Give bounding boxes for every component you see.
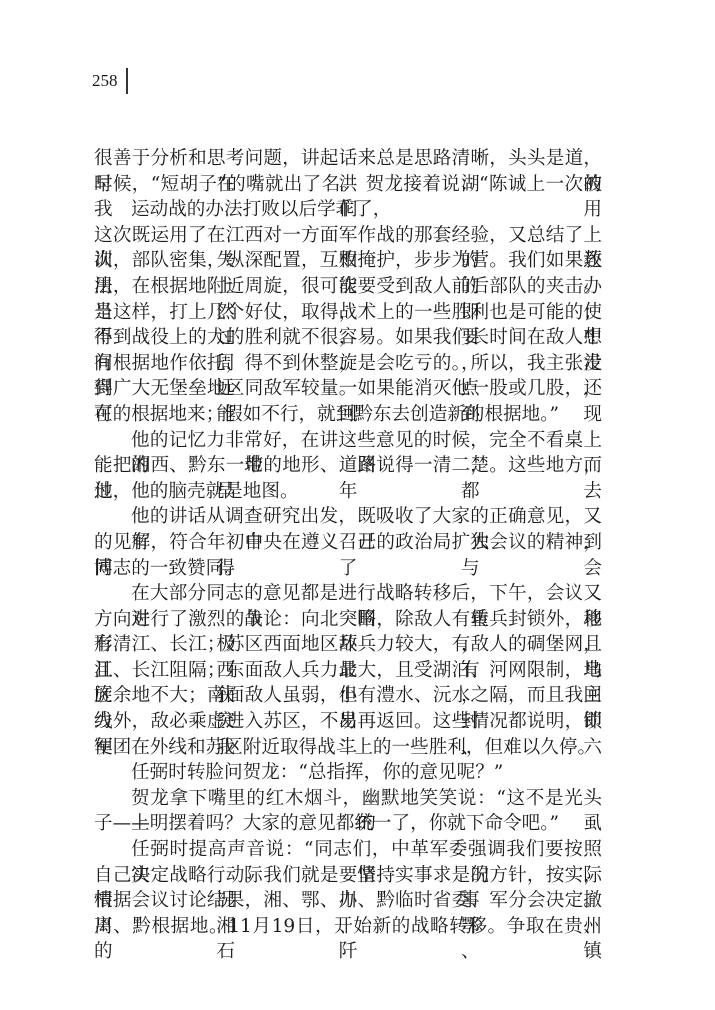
text-line: 自己决定战略行动。我们就是要坚持实事求是的方针，按实际情况办事。 bbox=[94, 863, 602, 889]
text-line: 训，部队密集，纵深配置，互相掩护，步步为营。我们如果还用上次的办 bbox=[94, 248, 602, 274]
text-line: 在大部分同志的意见都是进行战略转移后，下午，会议又对战略转移 bbox=[94, 581, 602, 607]
text-line: 有清江、长江；苏区西面地区敌兵力较大，有敌人的碉堡网，且西北有乌 bbox=[94, 632, 602, 658]
text-line: 军团在外线和苏区附近取得战斗上的一些胜利，但难以久停。 bbox=[94, 735, 602, 761]
text-line: 得到战役上的大的胜利就不很容易。如果我们长时间在敌人中间周旋，没 bbox=[94, 325, 602, 351]
text-line: 线外，敌必乘虚进入苏区，不易再返回。这些情况都说明，即便我二、六 bbox=[94, 709, 602, 735]
text-line: 有根据地作依托，得不到休整，是会吃亏的。所以，我主张走得远一点， bbox=[94, 351, 602, 377]
text-line: 任弼时提高声音说：“同志们，中革军委强调我们要按照实际情况， bbox=[94, 837, 602, 863]
text-line: 在的根据地来；假如不行，就到黔东去创造新的根据地。” bbox=[94, 402, 602, 428]
text-line: 到广大无堡垒地区同敌军较量。如果能消灭他一股或几股，还可能回到现 bbox=[94, 376, 602, 402]
text-line: 任弼时转脸问贺龙：“总指挥，你的意见呢？” bbox=[94, 760, 602, 786]
text-line: 根据会议讨论结果，湘、鄂、川、黔临时省委、军分会决定撤离湘、鄂、 bbox=[94, 888, 602, 914]
text-line: 法，在根据地附近周旋，很可能要受到敌人前后部队的夹击。当然，即使 bbox=[94, 274, 602, 300]
text-line: 贺龙拿下嘴里的红木烟斗，幽默地笑笑说：“这不是光头上的虱 bbox=[94, 786, 602, 812]
body-text: 很善于分析和思考问题，讲起话来总是思路清晰，头头是道，早在洪湖的时候，“短胡子”… bbox=[94, 146, 602, 939]
text-line: 江、长江阻隔；东面敌人兵力最大，且受湖泊、河网限制，地区狭小，回 bbox=[94, 658, 602, 684]
page-number: 258 bbox=[92, 72, 118, 90]
text-line: 的见解，符合年初中央在遵义召开的政治局扩大会议的精神，博得了与会 bbox=[94, 530, 602, 556]
header-divider bbox=[126, 68, 128, 94]
text-line: 时候，“短胡子”的嘴就出了名。 贺龙接着说：“陈诚上一次被我们用 bbox=[94, 172, 602, 198]
text-line: 子——明摆着吗？大家的意见都统一了，你就下命令吧。” bbox=[94, 811, 602, 837]
text-line: 他的记忆力非常好，在讲这些意见的时候，完全不看桌上的地图，而 bbox=[94, 428, 602, 454]
book-page: 258 很善于分析和思考问题，讲起话来总是思路清晰，头头是道，早在洪湖的时候，“… bbox=[0, 0, 715, 1010]
text-line: 他的讲话从调查研究出发，既吸收了大家的正确意见，又有自己独到 bbox=[94, 504, 602, 530]
text-line: 这次既运用了在江西对一方面军作战的那套经验，又总结了上次失败的教 bbox=[94, 223, 602, 249]
text-line: 川、黔根据地。11月19日，开始新的战略转移。争取在贵州的石阡、镇 bbox=[94, 914, 602, 940]
text-line: 是这样，打上几个好仗，取得战术上的一些胜利也是可能的；不过，要想 bbox=[94, 300, 602, 326]
text-line: 旋余地不大；南面敌人虽弱，但有澧水、沅水之隔，而且我主力突出封锁 bbox=[94, 683, 602, 709]
text-line: 能把湘西、黔东一带的地形、道路说得一清二楚。这些地方，他早年都去 bbox=[94, 453, 602, 479]
text-line: 很善于分析和思考问题，讲起话来总是思路清晰，头头是道，早在洪湖的 bbox=[94, 146, 602, 172]
text-line: 方向进行了激烈的争论：向北突围，除敌人有重兵封锁外，地形极坏，且 bbox=[94, 607, 602, 633]
